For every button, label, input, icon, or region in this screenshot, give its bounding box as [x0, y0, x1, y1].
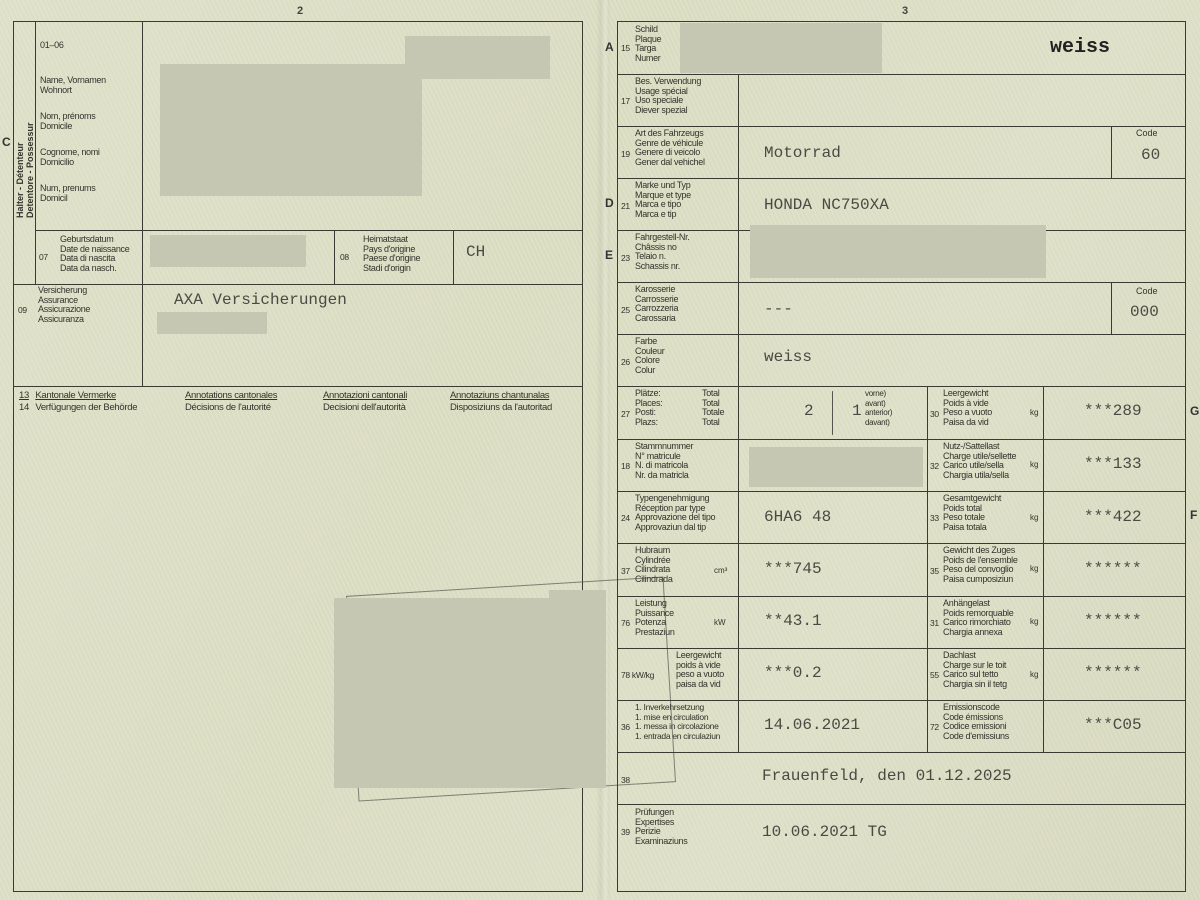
divider — [453, 230, 454, 284]
total-weight-labels: GesamtgewichtPoids total Peso totalePais… — [943, 494, 1001, 532]
power-weight-num: 78 kW/kg — [621, 670, 654, 680]
trailer-load-value: ****** — [1084, 612, 1142, 630]
origin-num: 08 — [340, 252, 349, 262]
train-weight-value: ****** — [1084, 560, 1142, 578]
total-weight-num: 33 — [930, 513, 939, 523]
holder-name-redacted — [160, 64, 422, 196]
annotation-row-14: 14 Verfügungen der Behörde — [19, 402, 137, 413]
issue-place-date: Frauenfeld, den 01.12.2025 — [762, 767, 1012, 785]
divider — [617, 648, 1186, 649]
insurance-value: AXA Versicherungen — [174, 291, 347, 309]
divider — [617, 700, 1186, 701]
trailer-load-labels: AnhängelastPoids remorquable Carico rimo… — [943, 599, 1013, 637]
vehicle-type-num: 19 — [621, 149, 630, 159]
type-approval-labels: TypengenehmigungRéception par type Appro… — [635, 494, 715, 532]
roof-load-num: 55 — [930, 670, 939, 680]
holder-labels-it: Cognome, nomiDomicilio — [40, 148, 100, 167]
first-registration-labels: 1. Inverkehrsetzung1. mise en circulatio… — [635, 703, 720, 741]
body-labels: KarosserieCarrosserie CarrozzeriaCarossa… — [635, 285, 678, 323]
emission-code-value: ***C05 — [1084, 716, 1142, 734]
divider — [927, 386, 928, 752]
type-approval-value: 6HA6 48 — [764, 508, 831, 526]
body-value: --- — [764, 300, 793, 318]
body-num: 25 — [621, 305, 630, 315]
roof-load-unit: kg — [1030, 670, 1038, 679]
divider — [13, 284, 583, 285]
divider — [1111, 126, 1112, 178]
page-number-right: 3 — [902, 5, 908, 17]
color-num: 26 — [621, 357, 630, 367]
first-registration-num: 36 — [621, 722, 630, 732]
divider — [617, 804, 1186, 805]
trailer-load-num: 31 — [930, 618, 939, 628]
holder-field-range: 01–06 — [40, 40, 64, 50]
plate-redacted — [680, 23, 882, 73]
divider — [13, 386, 583, 387]
divider — [617, 491, 1186, 492]
color-labels: FarbeCouleur ColoreColur — [635, 337, 664, 375]
special-use-labels: Bes. VerwendungUsage spécial Uso special… — [635, 77, 701, 115]
divider — [1043, 386, 1044, 752]
seats-num: 27 — [621, 409, 630, 419]
divider — [617, 752, 1186, 753]
displacement-labels: HubraumCylindrée CilindrataCilindrada — [635, 546, 673, 584]
divider — [142, 21, 143, 231]
seats-labels: Plätze:Places: Posti:Plazs: — [635, 389, 662, 427]
annotation-13-it: Annotazioni cantonali — [323, 390, 407, 401]
seats-front: 1 — [852, 402, 862, 420]
side-marker-c: C — [2, 135, 11, 149]
displacement-unit: cm³ — [714, 566, 727, 575]
inspections-num: 39 — [621, 827, 630, 837]
divider — [738, 74, 739, 752]
annotation-14-fr: Décisions de l'autorité — [185, 402, 271, 413]
vehicle-type-value: Motorrad — [764, 144, 841, 162]
power-weight-value: ***0.2 — [764, 664, 822, 682]
vehicle-type-labels: Art des FahrzeugsGenre de véhicule Gener… — [635, 129, 705, 167]
payload-labels: Nutz-/SattellastCharge utile/sellette Ca… — [943, 442, 1016, 480]
seats-brace — [832, 391, 833, 435]
empty-weight-value: ***289 — [1084, 402, 1142, 420]
divider — [617, 178, 1186, 179]
trailer-load-unit: kg — [1030, 617, 1038, 626]
empty-weight-unit: kg — [1030, 408, 1038, 417]
seats-total-labels: TotalTotal TotaleTotal — [702, 389, 724, 427]
holder-vertical-label: Halter - Détenteur Detentore - Possessur — [15, 122, 35, 218]
chassis-num: 23 — [621, 253, 630, 263]
displacement-value: ***745 — [764, 560, 822, 578]
divider — [142, 284, 143, 386]
divider — [35, 230, 583, 231]
origin-labels: HeimatstaatPays d'origine Paese d'origin… — [363, 235, 420, 273]
divider — [617, 74, 1186, 75]
roof-load-value: ****** — [1084, 664, 1142, 682]
divider — [617, 543, 1186, 544]
payload-value: ***133 — [1084, 455, 1142, 473]
empty-weight-num: 30 — [930, 409, 939, 419]
power-unit: kW — [714, 618, 726, 627]
birthdate-num: 07 — [39, 252, 48, 262]
divider — [617, 126, 1186, 127]
birthdate-redacted — [150, 235, 306, 267]
annotation-14-it: Decisioni dell'autorità — [323, 402, 406, 413]
side-marker-f: F — [1190, 508, 1197, 522]
color-value: weiss — [764, 348, 812, 366]
power-weight-labels: Leergewichtpoids à vide peso a vuotopais… — [676, 651, 724, 689]
train-weight-labels: Gewicht des ZugesPoids de l'ensemble Pes… — [943, 546, 1018, 584]
divider — [617, 334, 1186, 335]
seats-total: 2 — [804, 402, 814, 420]
train-weight-unit: kg — [1030, 564, 1038, 573]
body-code: 000 — [1130, 303, 1159, 321]
inspections-value: 10.06.2021 TG — [762, 823, 887, 841]
power-value: **43.1 — [764, 612, 822, 630]
insurance-labels: VersicherungAssurance AssicurazioneAssic… — [38, 286, 90, 324]
make-type-value: HONDA NC750XA — [764, 196, 889, 214]
matriculation-labels: StammnummerN° matricule N. di matricolaN… — [635, 442, 693, 480]
holder-labels-de: Name, VornamenWohnort — [40, 76, 106, 95]
plate-color: weiss — [1050, 36, 1110, 59]
vehicle-type-code-label: Code — [1136, 128, 1158, 138]
origin-value: CH — [466, 243, 485, 261]
body-code-label: Code — [1136, 286, 1158, 296]
matriculation-redacted — [749, 447, 923, 487]
matriculation-num: 18 — [621, 461, 630, 471]
birthdate-labels: GeburtsdatumDate de naissance Data di na… — [60, 235, 129, 273]
plate-num: 15 — [621, 43, 630, 53]
payload-unit: kg — [1030, 460, 1038, 469]
issue-num: 38 — [621, 775, 630, 785]
chassis-labels: Fahrgestell-Nr.Châssis no Telaio n.Schas… — [635, 233, 690, 271]
inspections-labels: PrüfungenExpertises PerizieExaminaziuns — [635, 808, 687, 846]
total-weight-unit: kg — [1030, 513, 1038, 522]
divider — [334, 230, 335, 284]
make-type-labels: Marke und TypMarque et type Marca e tipo… — [635, 181, 691, 219]
insurance-redacted — [157, 312, 267, 334]
displacement-num: 37 — [621, 566, 630, 576]
annotation-row-13: 13 Kantonale Vermerke — [19, 390, 116, 401]
type-approval-num: 24 — [621, 513, 630, 523]
holder-labels-fr: Nom, prénomsDomicile — [40, 112, 95, 131]
train-weight-num: 35 — [930, 566, 939, 576]
vehicle-type-code: 60 — [1141, 146, 1160, 164]
divider — [1111, 282, 1112, 334]
empty-weight-labels: LeergewichtPoids à vide Peso a vuotoPais… — [943, 389, 992, 427]
seats-front-labels: vorne)avant) anterior)davant) — [865, 389, 892, 427]
power-labels: LeistungPuissance PotenzaPrestaziun — [635, 599, 675, 637]
annotation-13-fr: Annotations cantonales — [185, 390, 277, 401]
page-number-left: 2 — [297, 5, 303, 17]
annotation-13-rm: Annotaziuns chantunalas — [450, 390, 549, 401]
roof-load-labels: DachlastCharge sur le toit Carico sul te… — [943, 651, 1007, 689]
plate-labels: SchildPlaque TargaNumer — [635, 25, 661, 63]
divider — [142, 230, 143, 284]
divider — [35, 21, 36, 285]
holder-labels-rm: Num, prenumsDomicil — [40, 184, 95, 203]
emission-code-labels: EmissionscodeCode émissions Codice emiss… — [943, 703, 1009, 741]
side-marker-g: G — [1190, 404, 1199, 418]
divider — [617, 386, 1186, 387]
payload-num: 32 — [930, 461, 939, 471]
side-marker-d: D — [605, 196, 614, 210]
side-marker-a: A — [605, 40, 614, 54]
make-type-num: 21 — [621, 201, 630, 211]
insurance-num: 09 — [18, 305, 27, 315]
divider — [617, 439, 1186, 440]
power-num: 76 — [621, 618, 630, 628]
stamp-redacted-2 — [549, 590, 606, 638]
emission-code-num: 72 — [930, 722, 939, 732]
side-marker-e: E — [605, 248, 613, 262]
first-registration-value: 14.06.2021 — [764, 716, 860, 734]
annotation-14-rm: Disposiziuns da l'autoritad — [450, 402, 552, 413]
holder-name-redacted-2 — [405, 36, 550, 79]
chassis-redacted — [750, 225, 1046, 278]
divider — [617, 282, 1186, 283]
divider — [617, 596, 1186, 597]
total-weight-value: ***422 — [1084, 508, 1142, 526]
special-use-num: 17 — [621, 96, 630, 106]
